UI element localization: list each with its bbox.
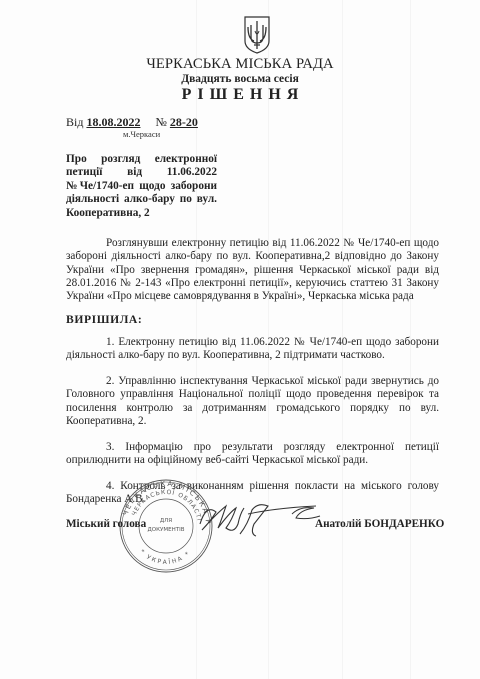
svg-text:* УКРАЇНА *: * УКРАЇНА * <box>138 548 192 566</box>
decision-item-3: 3. Інформацію про результати розгляду ел… <box>66 441 439 468</box>
number-prefix: № <box>155 115 166 129</box>
svg-text:ДЛЯ: ДЛЯ <box>160 518 172 524</box>
document-page: ЧЕРКАСЬКА МІСЬКА РАДА Двадцять восьма се… <box>0 0 480 679</box>
handwritten-signature-icon <box>196 494 322 540</box>
date-prefix: Від <box>66 115 83 129</box>
signatory-position: Міський голова <box>66 518 146 530</box>
decision-subject: Про розгляд електронної петиції від 11.0… <box>66 153 217 220</box>
decision-number: 28-20 <box>170 115 198 129</box>
session-title: Двадцять восьма сесія <box>0 73 480 85</box>
decided-label: ВИРІШИЛА: <box>66 313 142 326</box>
council-name: ЧЕРКАСЬКА МІСЬКА РАДА <box>0 56 480 73</box>
svg-text:ДОКУМЕНТІВ: ДОКУМЕНТІВ <box>148 527 185 533</box>
date-number-line: Від 18.08.2022 № 28-20 <box>66 115 198 130</box>
decision-item-1: 1. Електронну петицію від 11.06.2022 № Ч… <box>66 336 439 363</box>
preamble: Розглянувши електронну петицію від 11.06… <box>66 237 439 303</box>
decision-date: 18.08.2022 <box>86 115 140 129</box>
decision-item-2: 2. Управлінню інспектування Черкаської м… <box>66 375 439 428</box>
document-type: РІШЕННЯ <box>0 86 480 104</box>
city: м.Черкаси <box>123 129 160 139</box>
signatory-name: Анатолій БОНДАРЕНКО <box>315 518 444 530</box>
trident-coat-of-arms-icon <box>243 15 271 55</box>
